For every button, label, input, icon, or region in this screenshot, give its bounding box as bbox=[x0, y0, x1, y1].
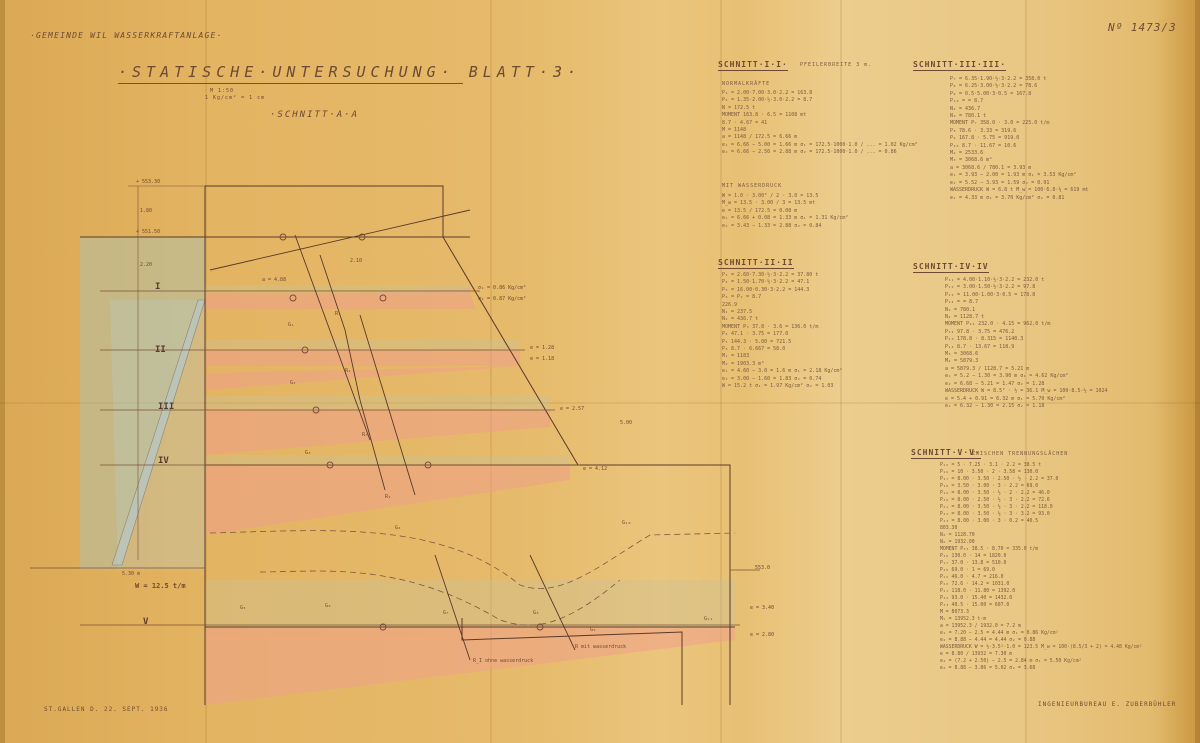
elevation-water: + 551.50 bbox=[136, 229, 160, 235]
elevation-top: + 553.30 bbox=[136, 179, 160, 185]
schnitt-1-calculations: P₁ = 2.00·7.00·3.0·2.2 = 163.8 P₂ = 1.35… bbox=[722, 90, 918, 157]
crest-height: 1.80 bbox=[140, 208, 152, 214]
force-label: G₁₁ bbox=[704, 616, 713, 622]
force-label: G₃ bbox=[305, 450, 311, 456]
schnitt-5-subheading: ZWISCHEN TRENNUNGSLÄCHEN bbox=[972, 451, 1068, 457]
force-label: G₁ bbox=[288, 322, 294, 328]
section-marker-I: I bbox=[155, 282, 160, 292]
section-marker-V: V bbox=[143, 617, 148, 627]
force-label: G₁₀ bbox=[622, 520, 631, 526]
schnitt-1-subheading: PFEILERBREITE 3 m. bbox=[800, 62, 872, 68]
schnitt-2-heading: SCHNITT·II·II bbox=[718, 258, 794, 269]
schnitt-3-heading: SCHNITT·III·III· bbox=[913, 60, 1006, 71]
force-label: G₈ bbox=[533, 610, 539, 616]
dim-210: 2.10 bbox=[350, 258, 362, 264]
schnitt-1-normal-label: NORMALKRÄFTE bbox=[722, 81, 770, 87]
section-marker-II: II bbox=[155, 345, 166, 355]
dim-e-128: e = 1.28 bbox=[530, 345, 554, 351]
schnitt-5-heading: SCHNITT·V·V· bbox=[911, 448, 981, 459]
dim-e-412: e = 4.12 bbox=[583, 466, 607, 472]
schnitt-4-heading: SCHNITT·IV·IV bbox=[913, 262, 989, 273]
force-label: G₂ bbox=[290, 380, 296, 386]
tail-elevation: 553.0 bbox=[755, 565, 770, 571]
section-marker-IV: IV bbox=[158, 456, 169, 466]
force-label: G₇ bbox=[443, 610, 449, 616]
schnitt-4-calculations: P₁₁ = 4.00·1.10·½·3·2.2 = 232.0 t P₁₂ = … bbox=[945, 277, 1108, 410]
headwater-depth: 2.20 bbox=[140, 262, 152, 268]
dim-500: 5.00 bbox=[620, 420, 632, 426]
resultant-mark: R₄ bbox=[385, 494, 391, 500]
resultant-without-water: R_I ohne wasserdruck bbox=[473, 658, 533, 664]
base-ex: e = 2.80 bbox=[750, 632, 774, 638]
schnitt-5-calculations: P₁₅ = 5 · 7.25 · 3.1 · 2.2 = 38.5 t P₁₆ … bbox=[940, 462, 1142, 672]
dim-e-118: e = 1.18 bbox=[530, 356, 554, 362]
resultant-mark: R₂ bbox=[345, 368, 351, 374]
base-dim: 5.30 m bbox=[122, 571, 140, 577]
schnitt-2-calculations: P₃ = 2.60·7.30·½·3·2.2 = 37.80 t P₄ = 1.… bbox=[722, 272, 842, 391]
force-label: G₉ bbox=[590, 627, 596, 633]
schnitt-1-heading: SCHNITT·I·I· bbox=[718, 60, 788, 71]
force-label: G₄ bbox=[395, 525, 401, 531]
stress-label-1: σ₁ = 0.86 Kg/cm² bbox=[478, 285, 526, 291]
schnitt-1-water-label: MIT WASSERDRUCK bbox=[722, 183, 782, 189]
schnitt-3-calculations: P₇ = 6.35·1.90·½·3·2.2 = 358.0 t P₈ = 6.… bbox=[950, 76, 1088, 202]
dim-a: a = 4.88 bbox=[262, 277, 286, 283]
pressure-diagrams bbox=[205, 288, 735, 705]
force-label: G₅ bbox=[240, 605, 246, 611]
resultant-with-water: R mit wasserdruck bbox=[575, 644, 626, 650]
dim-e-257: e = 2.57 bbox=[560, 406, 584, 412]
force-label: G₆ bbox=[325, 603, 331, 609]
tail-depth: e = 3.40 bbox=[750, 605, 774, 611]
section-marker-III: III bbox=[158, 402, 174, 412]
resultant-mark: R₁ bbox=[335, 311, 341, 317]
stress-label-2: σ₂ = 0.87 Kg/cm² bbox=[478, 296, 526, 302]
resultant-mark: R₃ bbox=[362, 432, 368, 438]
water-force-label: W = 12.5 t/m bbox=[135, 582, 186, 590]
schnitt-1-water-calculations: W = 1.0 · 3.00² / 2 · 3.0 = 13.5 M_w = 1… bbox=[722, 193, 848, 230]
